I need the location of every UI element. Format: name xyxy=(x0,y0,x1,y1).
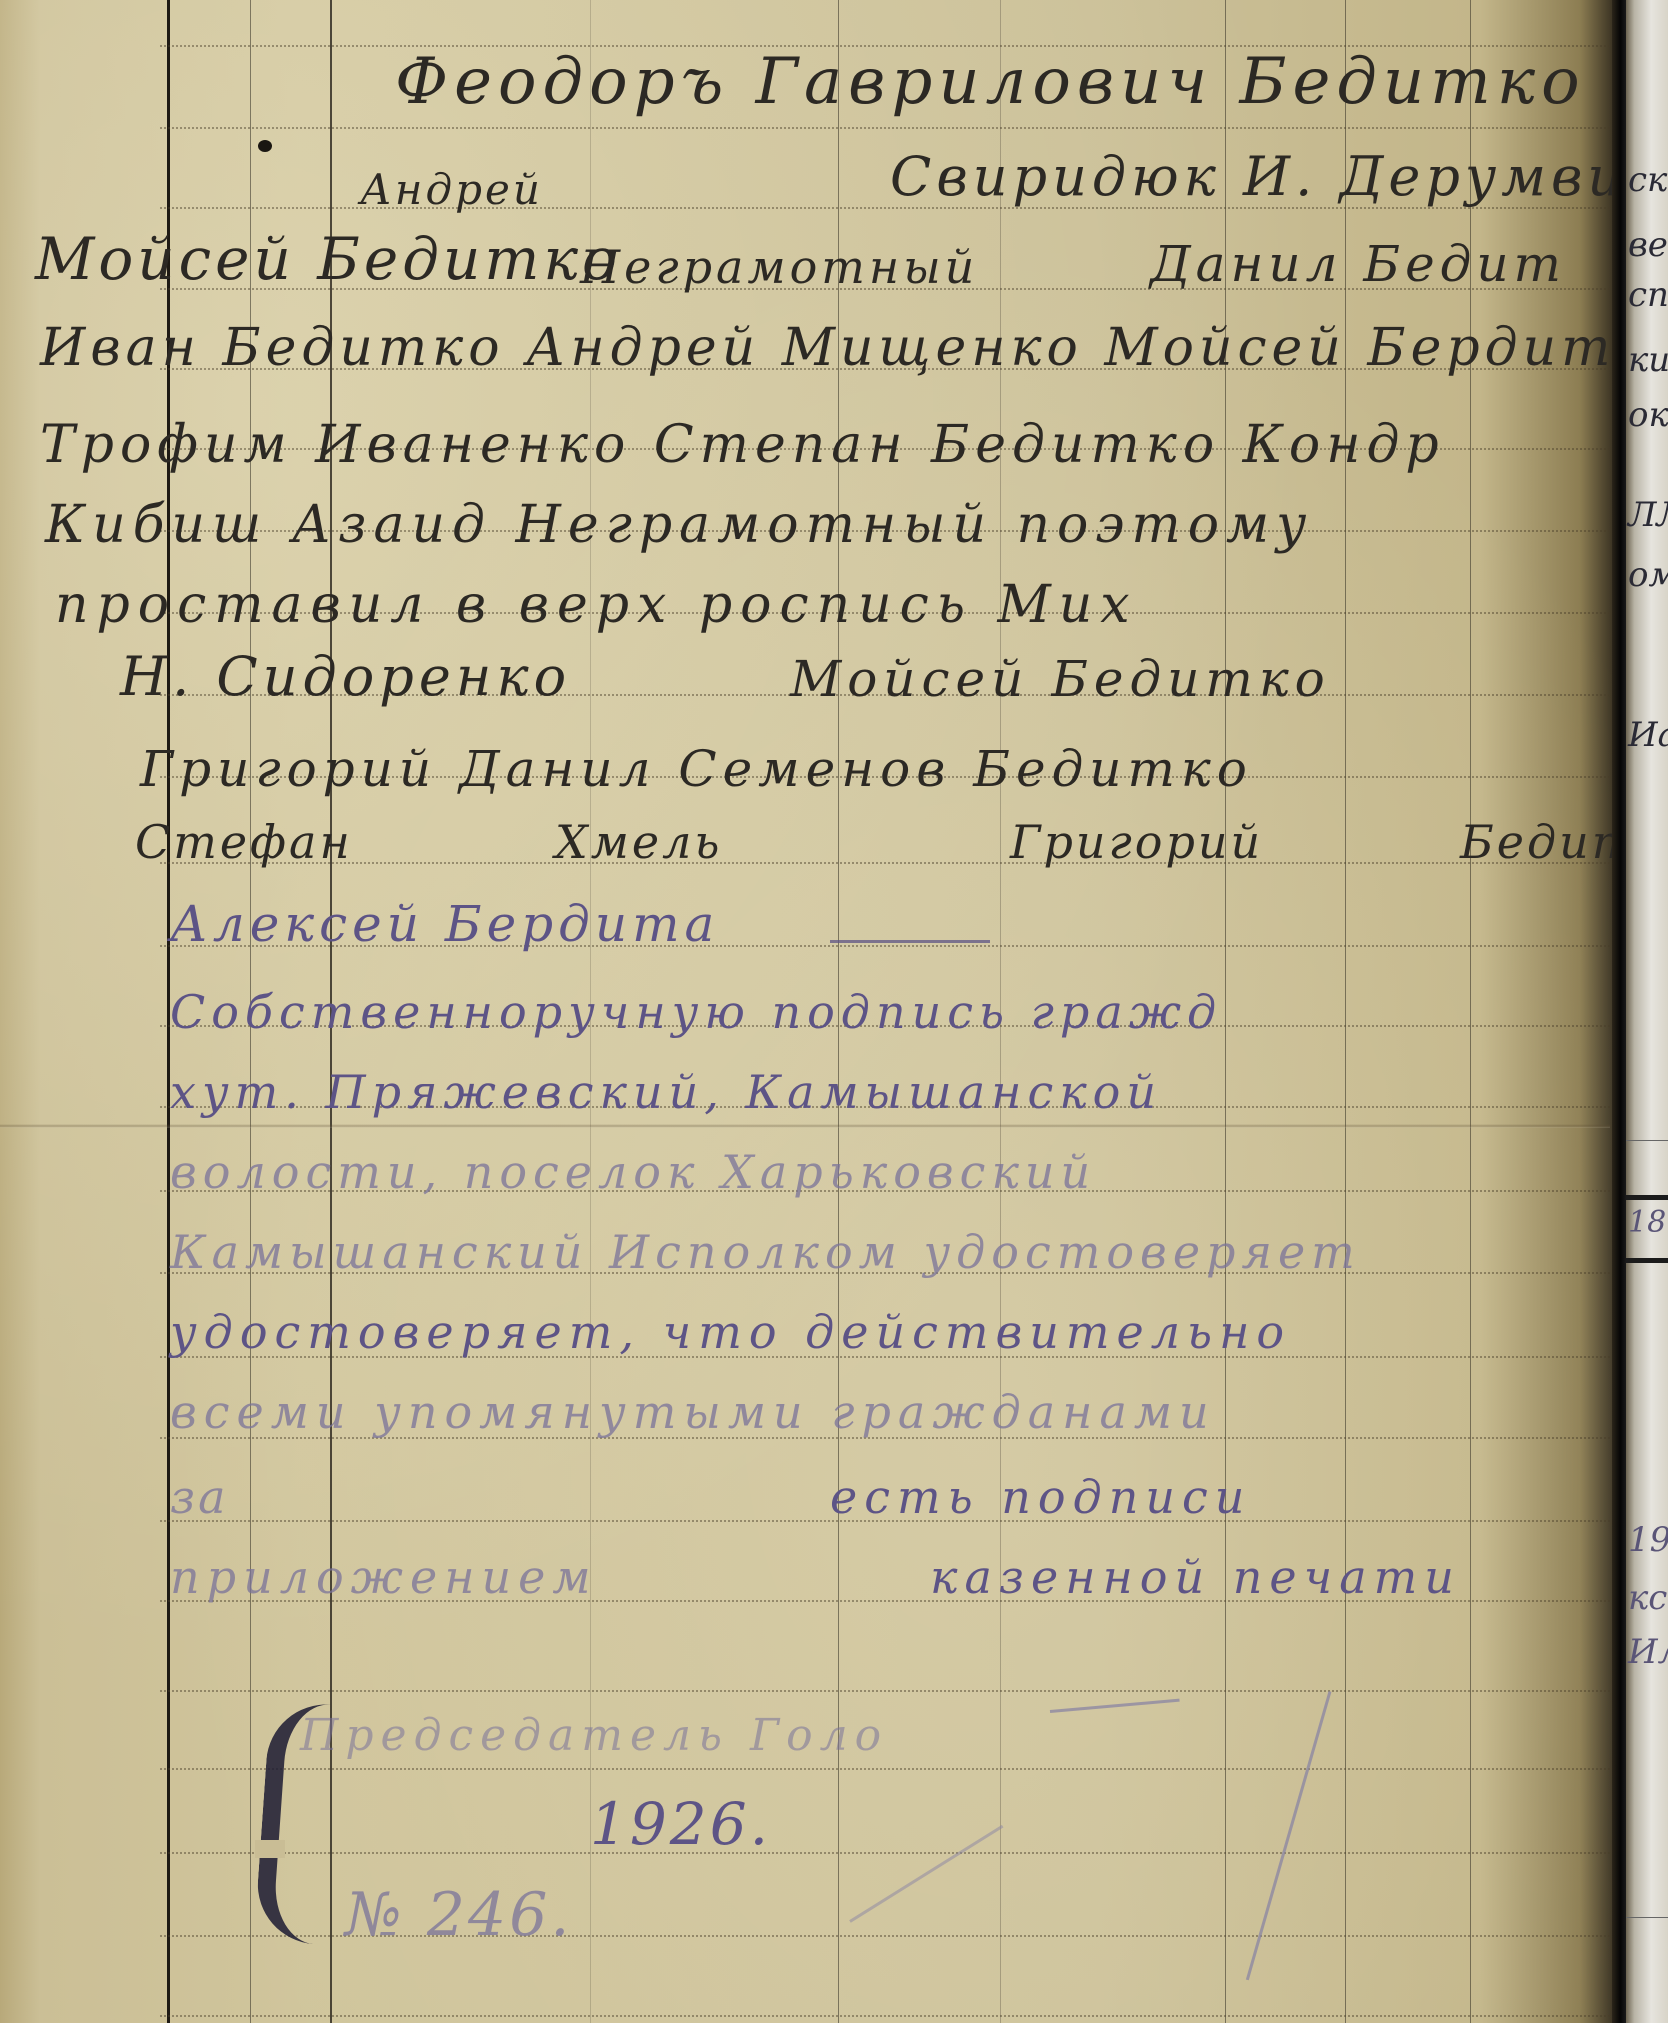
handwritten-line: Неграмотный xyxy=(580,240,978,294)
handwritten-line: Иван Бедитко Андрей Мищенко Мойсей Берди… xyxy=(40,318,1615,378)
certification-line: за xyxy=(170,1470,229,1524)
handwritten-line: Трофим Иваненко Степан Бедитко Кондр xyxy=(40,415,1445,475)
ink-blot xyxy=(258,140,272,152)
adjacent-text: кс xyxy=(1628,1578,1667,1618)
adjacent-text: ок xyxy=(1628,395,1668,435)
seal-stamp xyxy=(254,1700,408,1949)
signature: Стефан xyxy=(135,815,353,869)
column-rule xyxy=(1470,0,1471,2023)
underline-stroke xyxy=(830,940,990,943)
row-rule xyxy=(160,862,1610,864)
seal-stamp-gap xyxy=(255,1840,285,1858)
signature: Григорий xyxy=(1010,815,1263,869)
certification-line: удостоверяет, что действительно xyxy=(170,1305,1291,1359)
adjacent-rule xyxy=(1626,1917,1668,1918)
column-rule xyxy=(1225,0,1226,2023)
certification-line: всеми упомянутыми гражданами xyxy=(170,1385,1216,1439)
signature: Хмель xyxy=(555,815,722,869)
adjacent-rule xyxy=(1626,1258,1668,1263)
date-year: 1926. xyxy=(590,1790,771,1858)
signature: Григорий Данил Семенов Бедитко xyxy=(140,740,1253,798)
row-rule xyxy=(160,2015,1610,2017)
adjacent-rule xyxy=(1626,1195,1668,1200)
row-rule xyxy=(160,1690,1610,1692)
certification-line: хут. Пряжевский, Камышанской xyxy=(170,1065,1162,1119)
certification-line: волости, поселок Харьковский xyxy=(170,1145,1096,1199)
column-rule xyxy=(1345,0,1346,2023)
row-rule xyxy=(160,127,1610,129)
handwritten-line: проставил в верх роспись Мих xyxy=(55,575,1138,635)
book-binding xyxy=(1612,0,1626,2023)
certification-line: есть подписи xyxy=(830,1470,1251,1524)
handwritten-line: Мойсей Бедитко xyxy=(35,225,621,293)
adjacent-text: ве xyxy=(1628,225,1668,265)
certification-line: Камышанский Исполком удостоверяет xyxy=(170,1225,1361,1279)
adjacent-text: Иа xyxy=(1628,715,1668,755)
adjacent-text: ки xyxy=(1628,340,1668,380)
handwritten-line: Феодоръ Гаврилович Бедитко xyxy=(395,45,1586,119)
certification-line: Собственноручную подпись гражд xyxy=(170,985,1222,1039)
adjacent-text: Ил xyxy=(1628,1632,1668,1672)
handwritten-line: Данил Бедит xyxy=(1150,235,1566,293)
adjacent-text: 18 xyxy=(1628,1205,1666,1240)
fold-crease xyxy=(0,1124,1610,1128)
signature: Мойсей Бедитко xyxy=(790,650,1331,708)
handwritten-line: Андрей xyxy=(360,165,543,214)
adjacent-text: 19 xyxy=(1628,1520,1668,1560)
adjacent-rule xyxy=(1626,1140,1668,1141)
certification-line: казенной печати xyxy=(930,1550,1461,1604)
handwritten-line: Кибиш Азаид Неграмотный поэтому xyxy=(45,495,1313,555)
signature: Н. Сидоренко xyxy=(120,645,571,708)
adjacent-text: ом xyxy=(1628,555,1668,595)
adjacent-text: сп xyxy=(1628,275,1668,315)
certification-line: приложением xyxy=(170,1550,597,1604)
signature-purple: Алексей Бердита xyxy=(170,895,719,953)
adjacent-text: ск xyxy=(1628,160,1667,200)
handwritten-line: Свиридюк И. Дерумвик xyxy=(890,145,1664,208)
adjacent-text: ЛЛ xyxy=(1628,495,1668,535)
adjacent-page: ск ве сп ки ок ЛЛ ом Иа 18 19 кс Ил xyxy=(1626,0,1668,2023)
